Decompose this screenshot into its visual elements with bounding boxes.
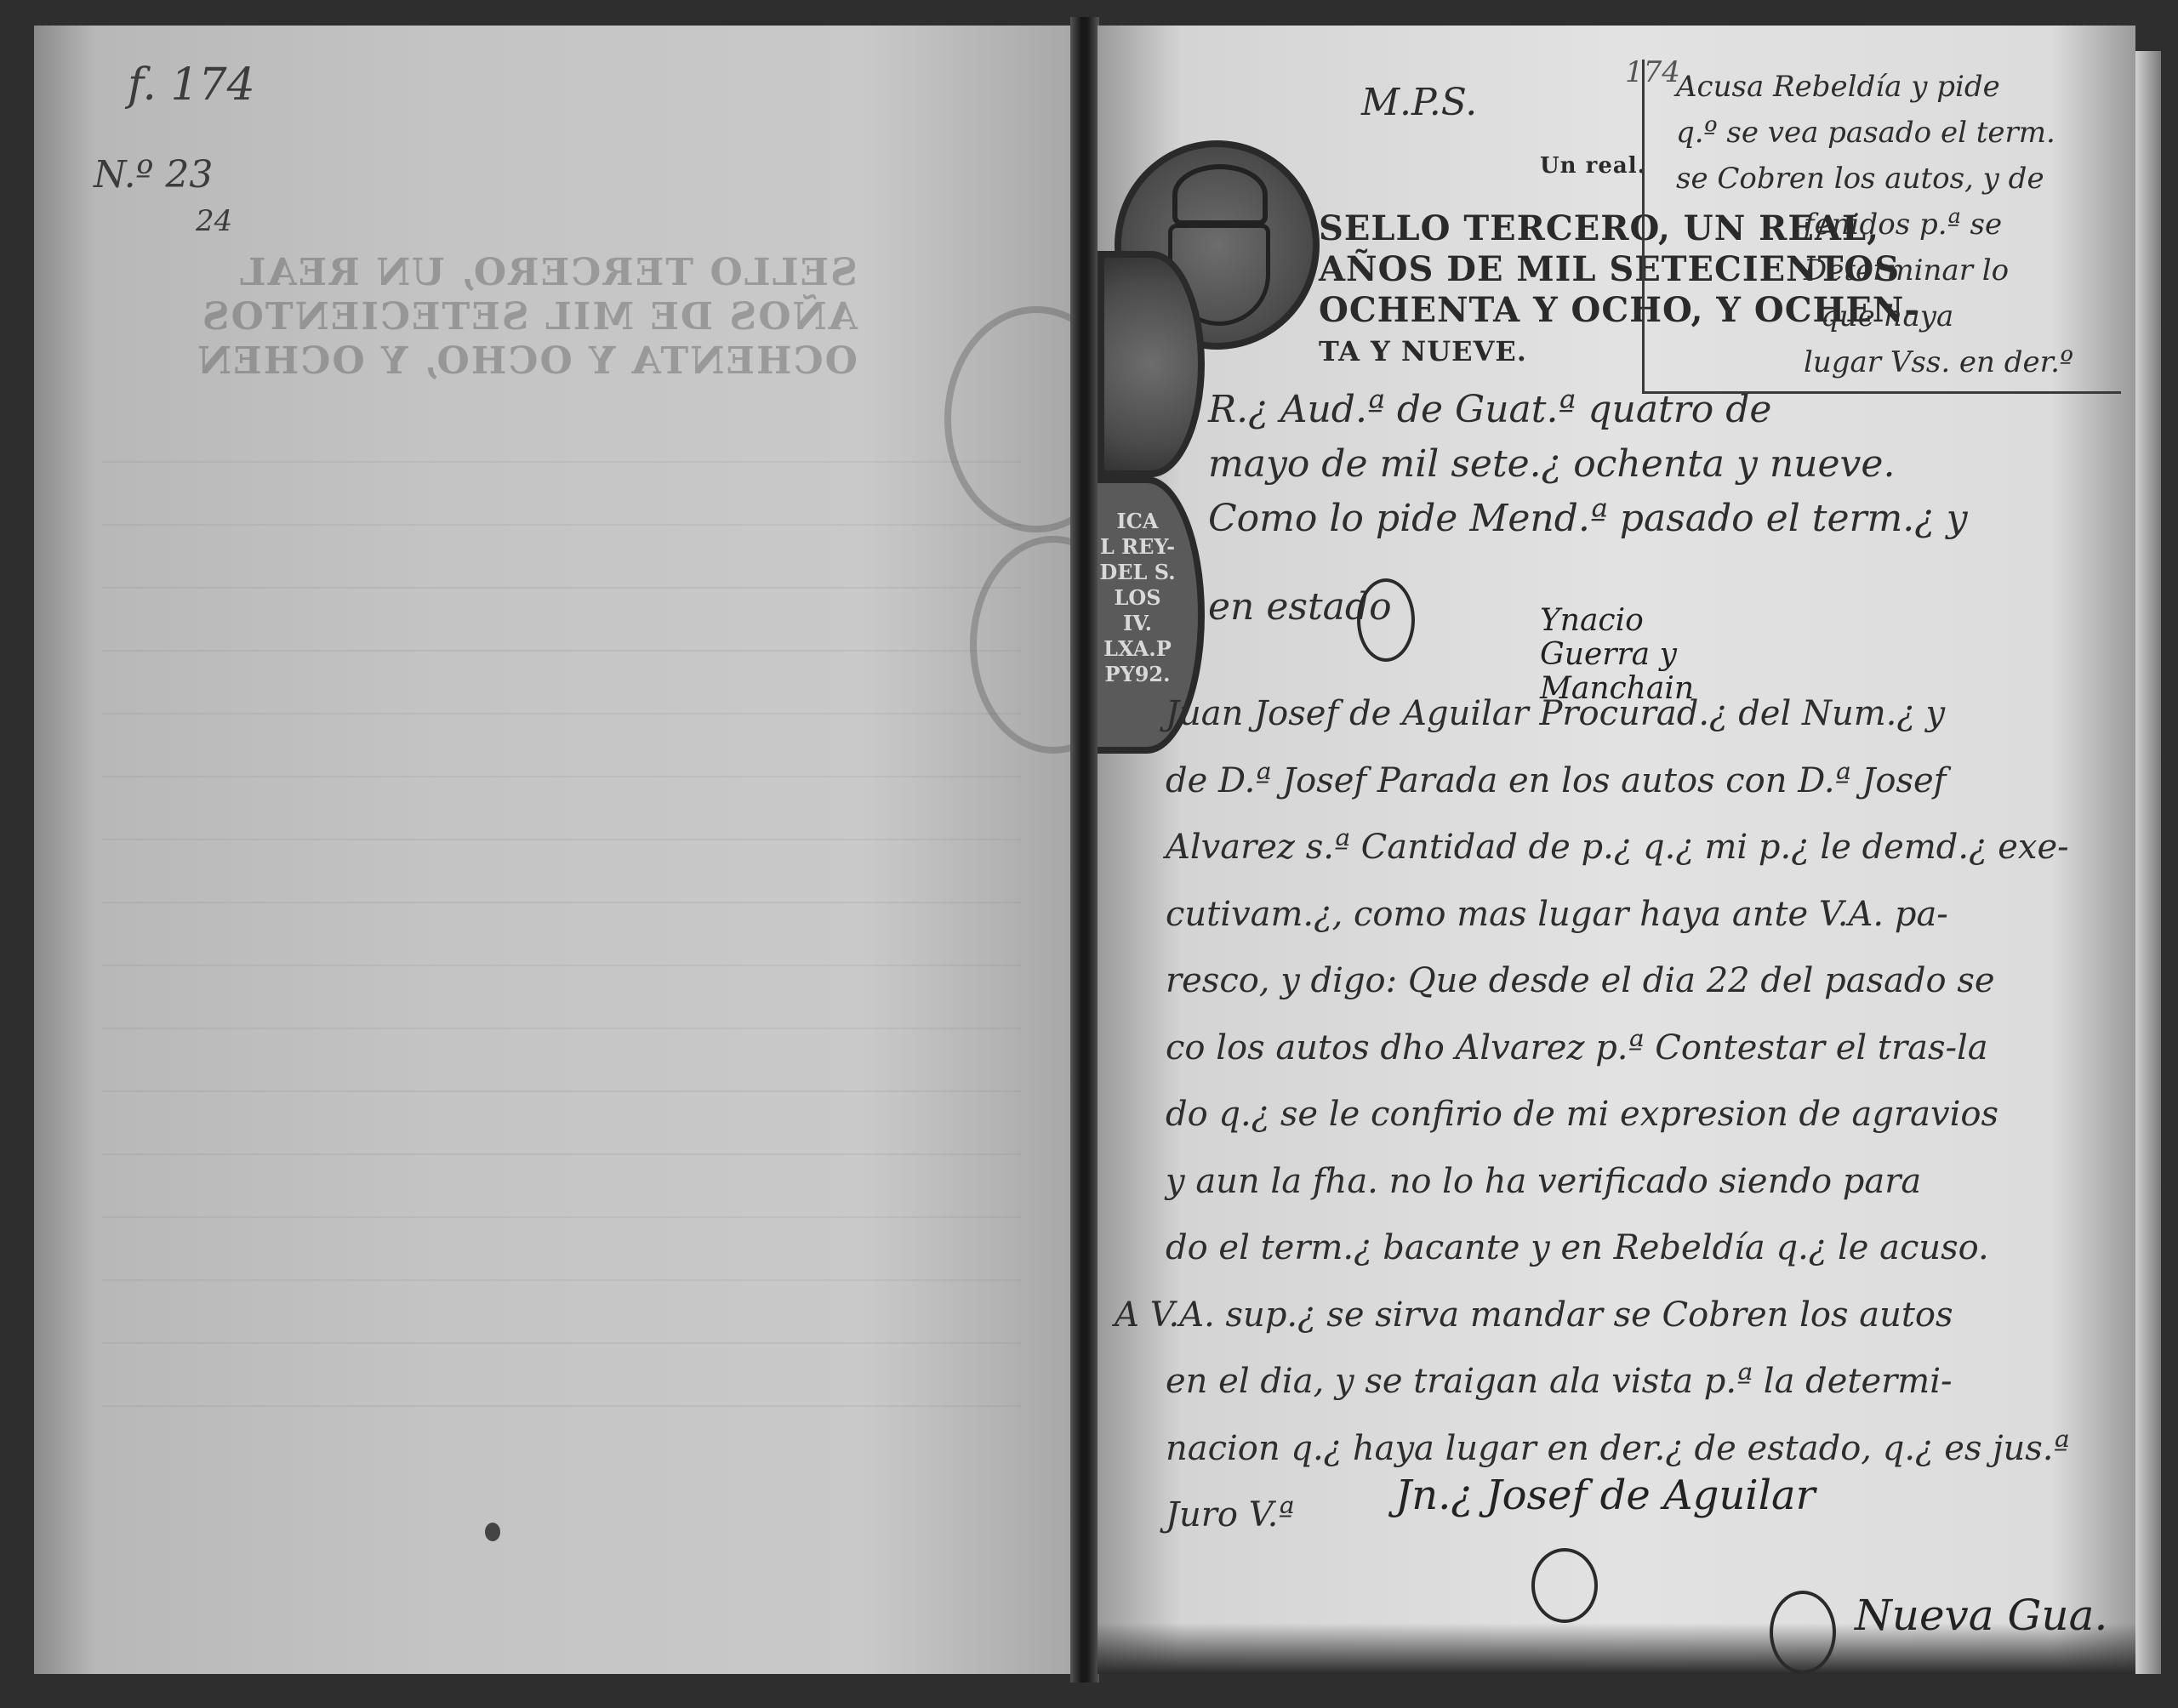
rubric-flourish [1357, 578, 1415, 662]
bleed-through-body [102, 400, 1021, 1506]
petition-body: Juan Josef de Aguilar Procurad.¿ del Num… [1166, 680, 2070, 1549]
petitioner-signature: Jn.¿ Josef de Aguilar [1395, 1472, 1816, 1519]
folio-mark: f. 174 [128, 60, 255, 111]
page-shadow [1098, 1623, 2135, 1674]
signature-rubric [1531, 1548, 1598, 1623]
invocation: M.P.S. [1361, 81, 1477, 124]
left-page: f. 174 N.º 23 24 SELLO TERCERO, UN REAL … [34, 26, 1072, 1674]
ink-spot [485, 1523, 500, 1541]
file-number: N.º 23 [94, 153, 213, 196]
right-page: M.P.S. 174 Un real. SELLO TERCERO, UN RE… [1098, 26, 2135, 1674]
page-edge [2135, 51, 2161, 1674]
crown-icon [1172, 164, 1268, 225]
lower-seal-text: ICA L REY- DEL S. LOS IV. LXA.P PY92. [1099, 509, 1176, 687]
partial-seal [1098, 251, 1205, 477]
bleed-through-header: SELLO TERCERO, UN REAL AÑOS DE MIL SETEC… [196, 251, 858, 384]
sub-number: 24 [196, 204, 232, 238]
stamp-value: Un real. [1540, 153, 1646, 179]
margin-note: Acusa Rebeldía y pide q.º se vea pasado … [1676, 64, 2073, 385]
book-spine [1070, 17, 1099, 1682]
decree: R.¿ Aud.ª de Guat.ª quatro de mayo de mi… [1208, 383, 1968, 635]
